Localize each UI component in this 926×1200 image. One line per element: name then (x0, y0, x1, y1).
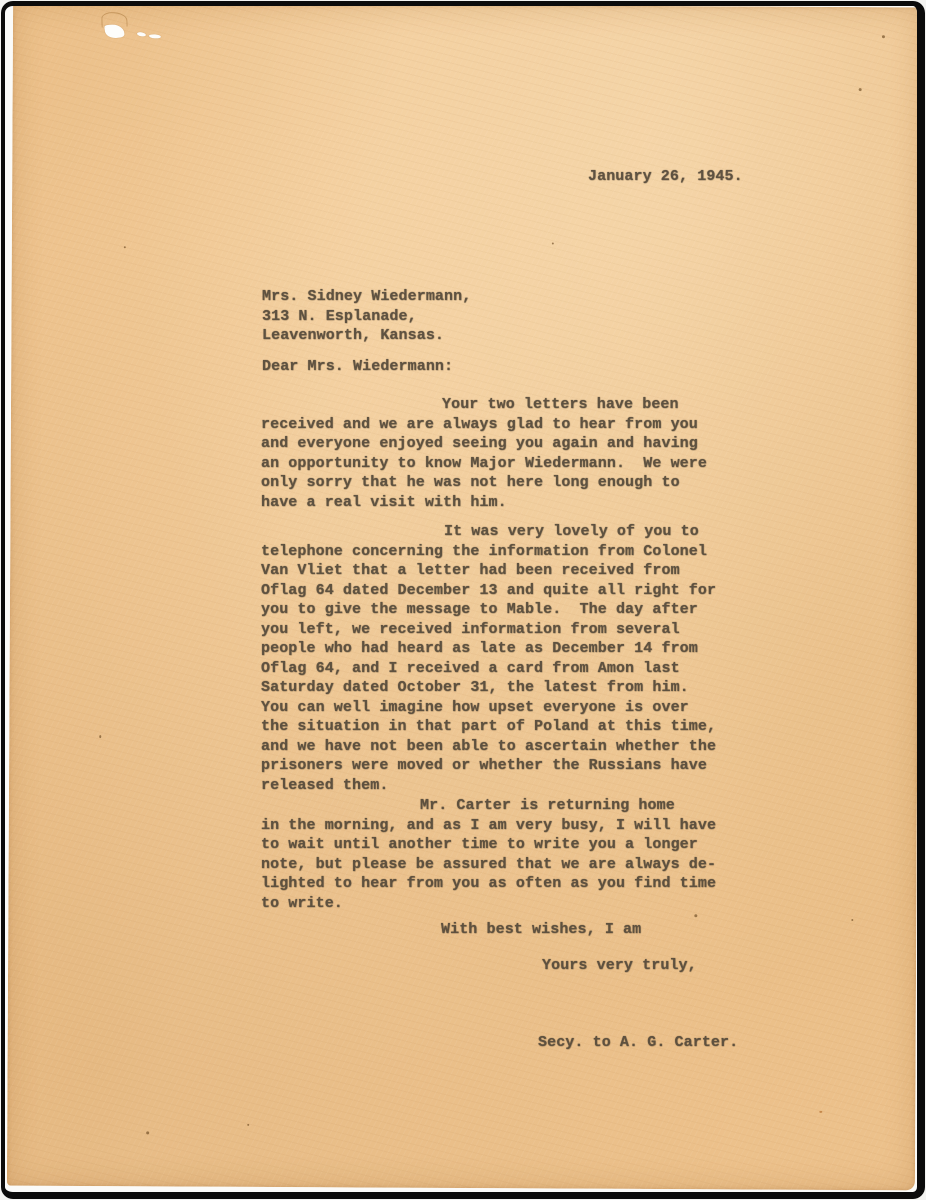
letter-date: January 26, 1945. (588, 167, 743, 187)
signature-line: Secy. to A. G. Carter. (538, 1033, 738, 1053)
letter-paragraph-3: Mr. Carter is returning home in the morn… (261, 796, 716, 913)
valediction: Yours very truly, (542, 956, 697, 976)
recipient-address: Mrs. Sidney Wiedermann, 313 N. Esplanade… (262, 287, 471, 346)
salutation: Dear Mrs. Wiedermann: (262, 357, 453, 377)
scanned-letter-frame: January 26, 1945. Mrs. Sidney Wiedermann… (1, 1, 925, 1199)
letter: January 26, 1945. Mrs. Sidney Wiedermann… (5, 6, 917, 1192)
letter-paragraph-1: Your two letters have been received and … (261, 395, 707, 512)
closing-line: With best wishes, I am (441, 920, 641, 940)
letter-paragraph-2: It was very lovely of you to telephone c… (261, 522, 716, 795)
